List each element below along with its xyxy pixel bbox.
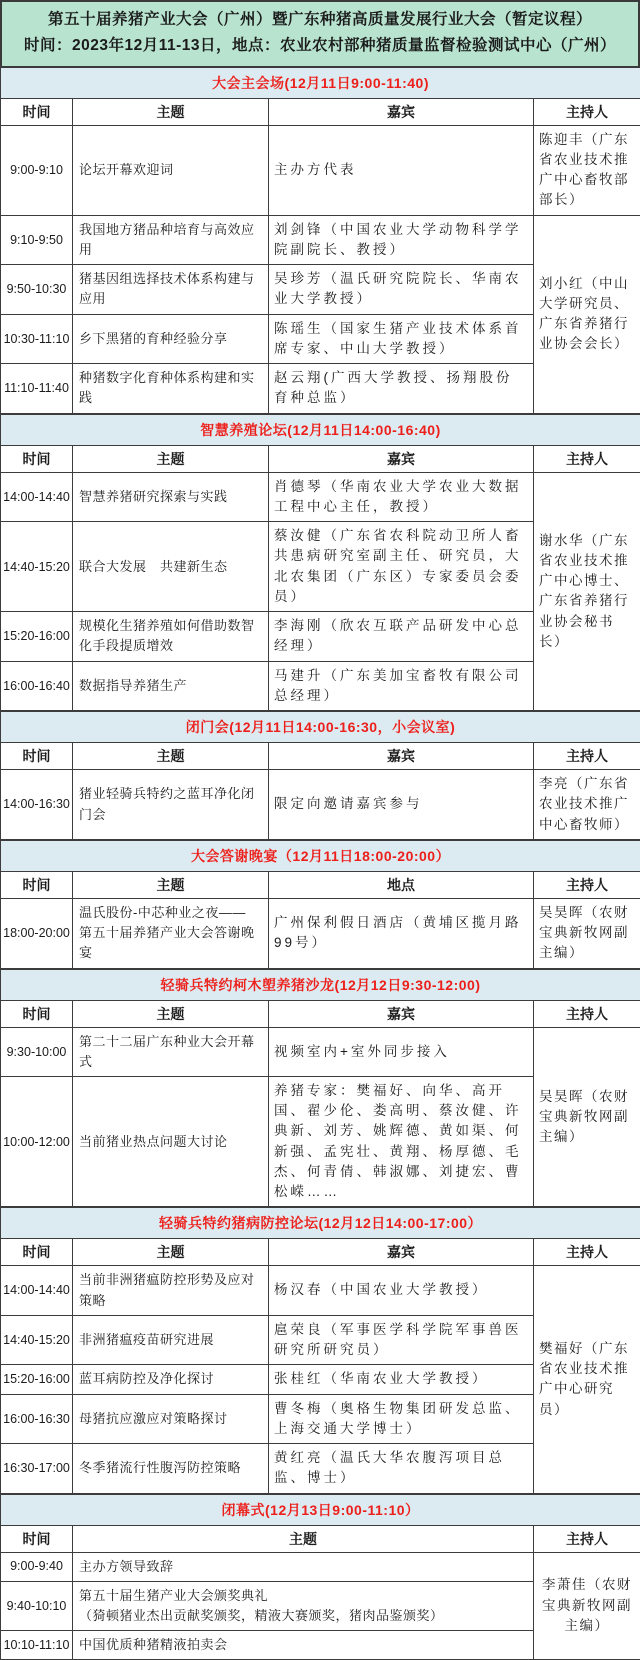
column-header: 主持人 xyxy=(534,1239,640,1266)
agenda-page: 第五十届养猪产业大会（广州）暨广东种猪高质量发展行业大会（暂定议程） 时间：20… xyxy=(0,0,640,1660)
topic-cell: 数据指导养猪生产 xyxy=(73,661,269,711)
host-cell: 李萧佳（农财宝典新牧网副主编） xyxy=(534,1552,640,1660)
guest-cell: 肖德琴（华南农业大学农业大数据工程中心主任，教授） xyxy=(269,472,534,522)
agenda-section-table-3: 大会答谢晚宴（12月11日18:00-20:00）时间主题地点主持人18:00-… xyxy=(0,840,640,969)
column-header: 时间 xyxy=(1,1525,73,1552)
topic-cell: 联合大发展 共建新生态 xyxy=(73,522,269,612)
topic-cell: 第五十届生猪产业大会颁奖典礼 （猗顿猪业杰出贡献奖颁奖，精液大赛颁奖，猪肉品鉴颁… xyxy=(73,1581,534,1630)
conference-title: 第五十届养猪产业大会（广州）暨广东种猪高质量发展行业大会（暂定议程） xyxy=(6,7,634,33)
section-title: 大会主会场(12月11日9:00-11:40) xyxy=(1,67,640,98)
topic-cell: 乡下黑猪的育种经验分享 xyxy=(73,314,269,364)
agenda-sections: 大会主会场(12月11日9:00-11:40)时间主题嘉宾主持人9:00-9:1… xyxy=(0,67,640,1660)
topic-cell: 我国地方猪品种培育与高效应用 xyxy=(73,215,269,265)
time-cell: 9:30-10:00 xyxy=(1,1027,73,1076)
time-cell: 14:00-16:30 xyxy=(1,770,73,840)
time-cell: 16:30-17:00 xyxy=(1,1444,73,1494)
topic-cell: 第二十二届广东种业大会开幕式 xyxy=(73,1027,269,1076)
guest-cell: 养猪专家：樊福好、向华、高开国、翟少伦、娄高明、蔡汝健、许典新、刘芳、姚辉德、黄… xyxy=(269,1076,534,1207)
topic-cell: 温氏股份-中芯种业之夜—— 第五十届养猪产业大会答谢晚宴 xyxy=(73,898,269,968)
guest-cell: 广州保利假日酒店（黄埔区揽月路99号） xyxy=(269,898,534,968)
topic-cell: 论坛开幕欢迎词 xyxy=(73,125,269,215)
column-header: 嘉宾 xyxy=(269,743,534,770)
topic-cell: 猪基因组选择技术体系构建与应用 xyxy=(73,265,269,315)
agenda-section-table-0: 大会主会场(12月11日9:00-11:40)时间主题嘉宾主持人9:00-9:1… xyxy=(0,67,640,414)
time-cell: 10:00-12:00 xyxy=(1,1076,73,1207)
topic-cell: 蓝耳病防控及净化探讨 xyxy=(73,1365,269,1394)
column-header: 时间 xyxy=(1,445,73,472)
column-header: 地点 xyxy=(269,871,534,898)
time-cell: 9:40-10:10 xyxy=(1,1581,73,1630)
guest-cell: 曹冬梅（奥格生物集团研发总监、上海交通大学博士） xyxy=(269,1394,534,1444)
host-cell: 樊福好（广东省农业技术推广中心研究员） xyxy=(534,1266,640,1493)
column-header: 嘉宾 xyxy=(269,1239,534,1266)
guest-cell: 李海刚（欣农互联产品研发中心总经理） xyxy=(269,612,534,662)
topic-cell: 当前猪业热点问题大讨论 xyxy=(73,1076,269,1207)
column-header: 时间 xyxy=(1,743,73,770)
topic-cell: 母猪抗应激应对策略探讨 xyxy=(73,1394,269,1444)
time-cell: 9:00-9:10 xyxy=(1,125,73,215)
time-cell: 14:00-14:40 xyxy=(1,472,73,522)
guest-cell: 陈瑶生（国家生猪产业技术体系首席专家、中山大学教授） xyxy=(269,314,534,364)
time-cell: 14:00-14:40 xyxy=(1,1266,73,1315)
agenda-section-table-1: 智慧养殖论坛(12月11日14:00-16:40)时间主题嘉宾主持人14:00-… xyxy=(0,414,640,712)
topic-cell: 主办方领导致辞 xyxy=(73,1552,534,1581)
column-header: 主持人 xyxy=(534,445,640,472)
column-header: 主题 xyxy=(73,1239,269,1266)
column-header: 时间 xyxy=(1,871,73,898)
agenda-section-table-2: 闭门会(12月11日14:00-16:30，小会议室)时间主题嘉宾主持人14:0… xyxy=(0,711,640,840)
topic-cell: 规模化生猪养殖如何借助数智化手段提质增效 xyxy=(73,612,269,662)
guest-cell: 黄红亮（温氏大华农腹泻项目总监、博士） xyxy=(269,1444,534,1494)
guest-cell: 扈荣良（军事医学科学院军事兽医研究所研究员） xyxy=(269,1315,534,1365)
topic-cell: 当前非洲猪瘟防控形势及应对策略 xyxy=(73,1266,269,1315)
host-cell: 吴昊晖（农财宝典新牧网副主编） xyxy=(534,1027,640,1207)
column-header: 嘉宾 xyxy=(269,1000,534,1027)
time-cell: 10:10-11:10 xyxy=(1,1630,73,1659)
topic-cell: 智慧养猪研究探索与实践 xyxy=(73,472,269,522)
column-header: 时间 xyxy=(1,98,73,125)
topic-cell: 中国优质种猪精液拍卖会 xyxy=(73,1630,534,1659)
time-cell: 11:10-11:40 xyxy=(1,364,73,414)
guest-cell: 蔡汝健（广东省农科院动卫所人畜共患病研究室副主任、研究员，大北农集团（广东区）专… xyxy=(269,522,534,612)
section-title: 轻骑兵特约柯木塱养猪沙龙(12月12日9:30-12:00) xyxy=(1,969,640,1000)
topic-cell: 猪业轻骑兵特约之蓝耳净化闭门会 xyxy=(73,770,269,840)
column-header: 嘉宾 xyxy=(269,445,534,472)
agenda-section-table-6: 闭幕式(12月13日9:00-11:10）时间主题主持人9:00-9:40主办方… xyxy=(0,1494,640,1660)
column-header: 主持人 xyxy=(534,871,640,898)
time-cell: 9:50-10:30 xyxy=(1,265,73,315)
guest-cell: 限定向邀请嘉宾参与 xyxy=(269,770,534,840)
guest-cell: 主办方代表 xyxy=(269,125,534,215)
conference-header: 第五十届养猪产业大会（广州）暨广东种猪高质量发展行业大会（暂定议程） 时间：20… xyxy=(0,0,640,67)
section-title: 智慧养殖论坛(12月11日14:00-16:40) xyxy=(1,414,640,445)
host-cell: 谢水华（广东省农业技术推广中心博士、广东省养猪行业协会秘书长） xyxy=(534,472,640,711)
host-cell: 陈迎丰（广东省农业技术推广中心畜牧部部长） xyxy=(534,125,640,215)
guest-cell: 马建升（广东美加宝畜牧有限公司总经理） xyxy=(269,661,534,711)
guest-cell: 吴珍芳（温氏研究院院长、华南农业大学教授） xyxy=(269,265,534,315)
section-title: 大会答谢晚宴（12月11日18:00-20:00） xyxy=(1,840,640,871)
column-header: 嘉宾 xyxy=(269,98,534,125)
column-header: 主持人 xyxy=(534,1525,640,1552)
guest-cell: 赵云翔(广西大学教授、扬翔股份育种总监） xyxy=(269,364,534,414)
section-title: 闭幕式(12月13日9:00-11:10） xyxy=(1,1494,640,1525)
time-cell: 9:10-9:50 xyxy=(1,215,73,265)
agenda-section-table-5: 轻骑兵特约猪病防控论坛(12月12日14:00-17:00）时间主题嘉宾主持人1… xyxy=(0,1207,640,1493)
time-cell: 15:20-16:00 xyxy=(1,612,73,662)
column-header: 时间 xyxy=(1,1239,73,1266)
guest-cell: 视频室内+室外同步接入 xyxy=(269,1027,534,1076)
time-cell: 14:40-15:20 xyxy=(1,522,73,612)
column-header: 主持人 xyxy=(534,743,640,770)
column-header: 时间 xyxy=(1,1000,73,1027)
column-header: 主题 xyxy=(73,1000,269,1027)
guest-cell: 杨汉春（中国农业大学教授） xyxy=(269,1266,534,1315)
time-cell: 18:00-20:00 xyxy=(1,898,73,968)
column-header: 主题 xyxy=(73,445,269,472)
host-cell: 刘小红（中山大学研究员、广东省养猪行业协会会长） xyxy=(534,215,640,413)
time-cell: 10:30-11:10 xyxy=(1,314,73,364)
column-header: 主题 xyxy=(73,743,269,770)
column-header: 主持人 xyxy=(534,98,640,125)
host-cell: 李亮（广东省农业技术推广中心畜牧师） xyxy=(534,770,640,840)
agenda-section-table-4: 轻骑兵特约柯木塱养猪沙龙(12月12日9:30-12:00)时间主题嘉宾主持人9… xyxy=(0,969,640,1208)
section-title: 闭门会(12月11日14:00-16:30，小会议室) xyxy=(1,712,640,743)
guest-cell: 刘剑锋（中国农业大学动物科学学院副院长、教授） xyxy=(269,215,534,265)
section-title: 轻骑兵特约猪病防控论坛(12月12日14:00-17:00） xyxy=(1,1208,640,1239)
topic-cell: 冬季猪流行性腹泻防控策略 xyxy=(73,1444,269,1494)
time-cell: 9:00-9:40 xyxy=(1,1552,73,1581)
time-cell: 16:00-16:30 xyxy=(1,1394,73,1444)
topic-cell: 种猪数字化育种体系构建和实践 xyxy=(73,364,269,414)
guest-cell: 张桂红（华南农业大学教授） xyxy=(269,1365,534,1394)
column-header: 主题 xyxy=(73,98,269,125)
time-cell: 15:20-16:00 xyxy=(1,1365,73,1394)
conference-datetime-location: 时间：2023年12月11-13日，地点：农业农村部种猪质量监督检验测试中心（广… xyxy=(6,33,634,59)
topic-cell: 非洲猪瘟疫苗研究进展 xyxy=(73,1315,269,1365)
time-cell: 14:40-15:20 xyxy=(1,1315,73,1365)
column-header: 主题 xyxy=(73,871,269,898)
time-cell: 16:00-16:40 xyxy=(1,661,73,711)
column-header: 主持人 xyxy=(534,1000,640,1027)
column-header: 主题 xyxy=(73,1525,534,1552)
host-cell: 吴昊晖（农财宝典新牧网副主编） xyxy=(534,898,640,968)
